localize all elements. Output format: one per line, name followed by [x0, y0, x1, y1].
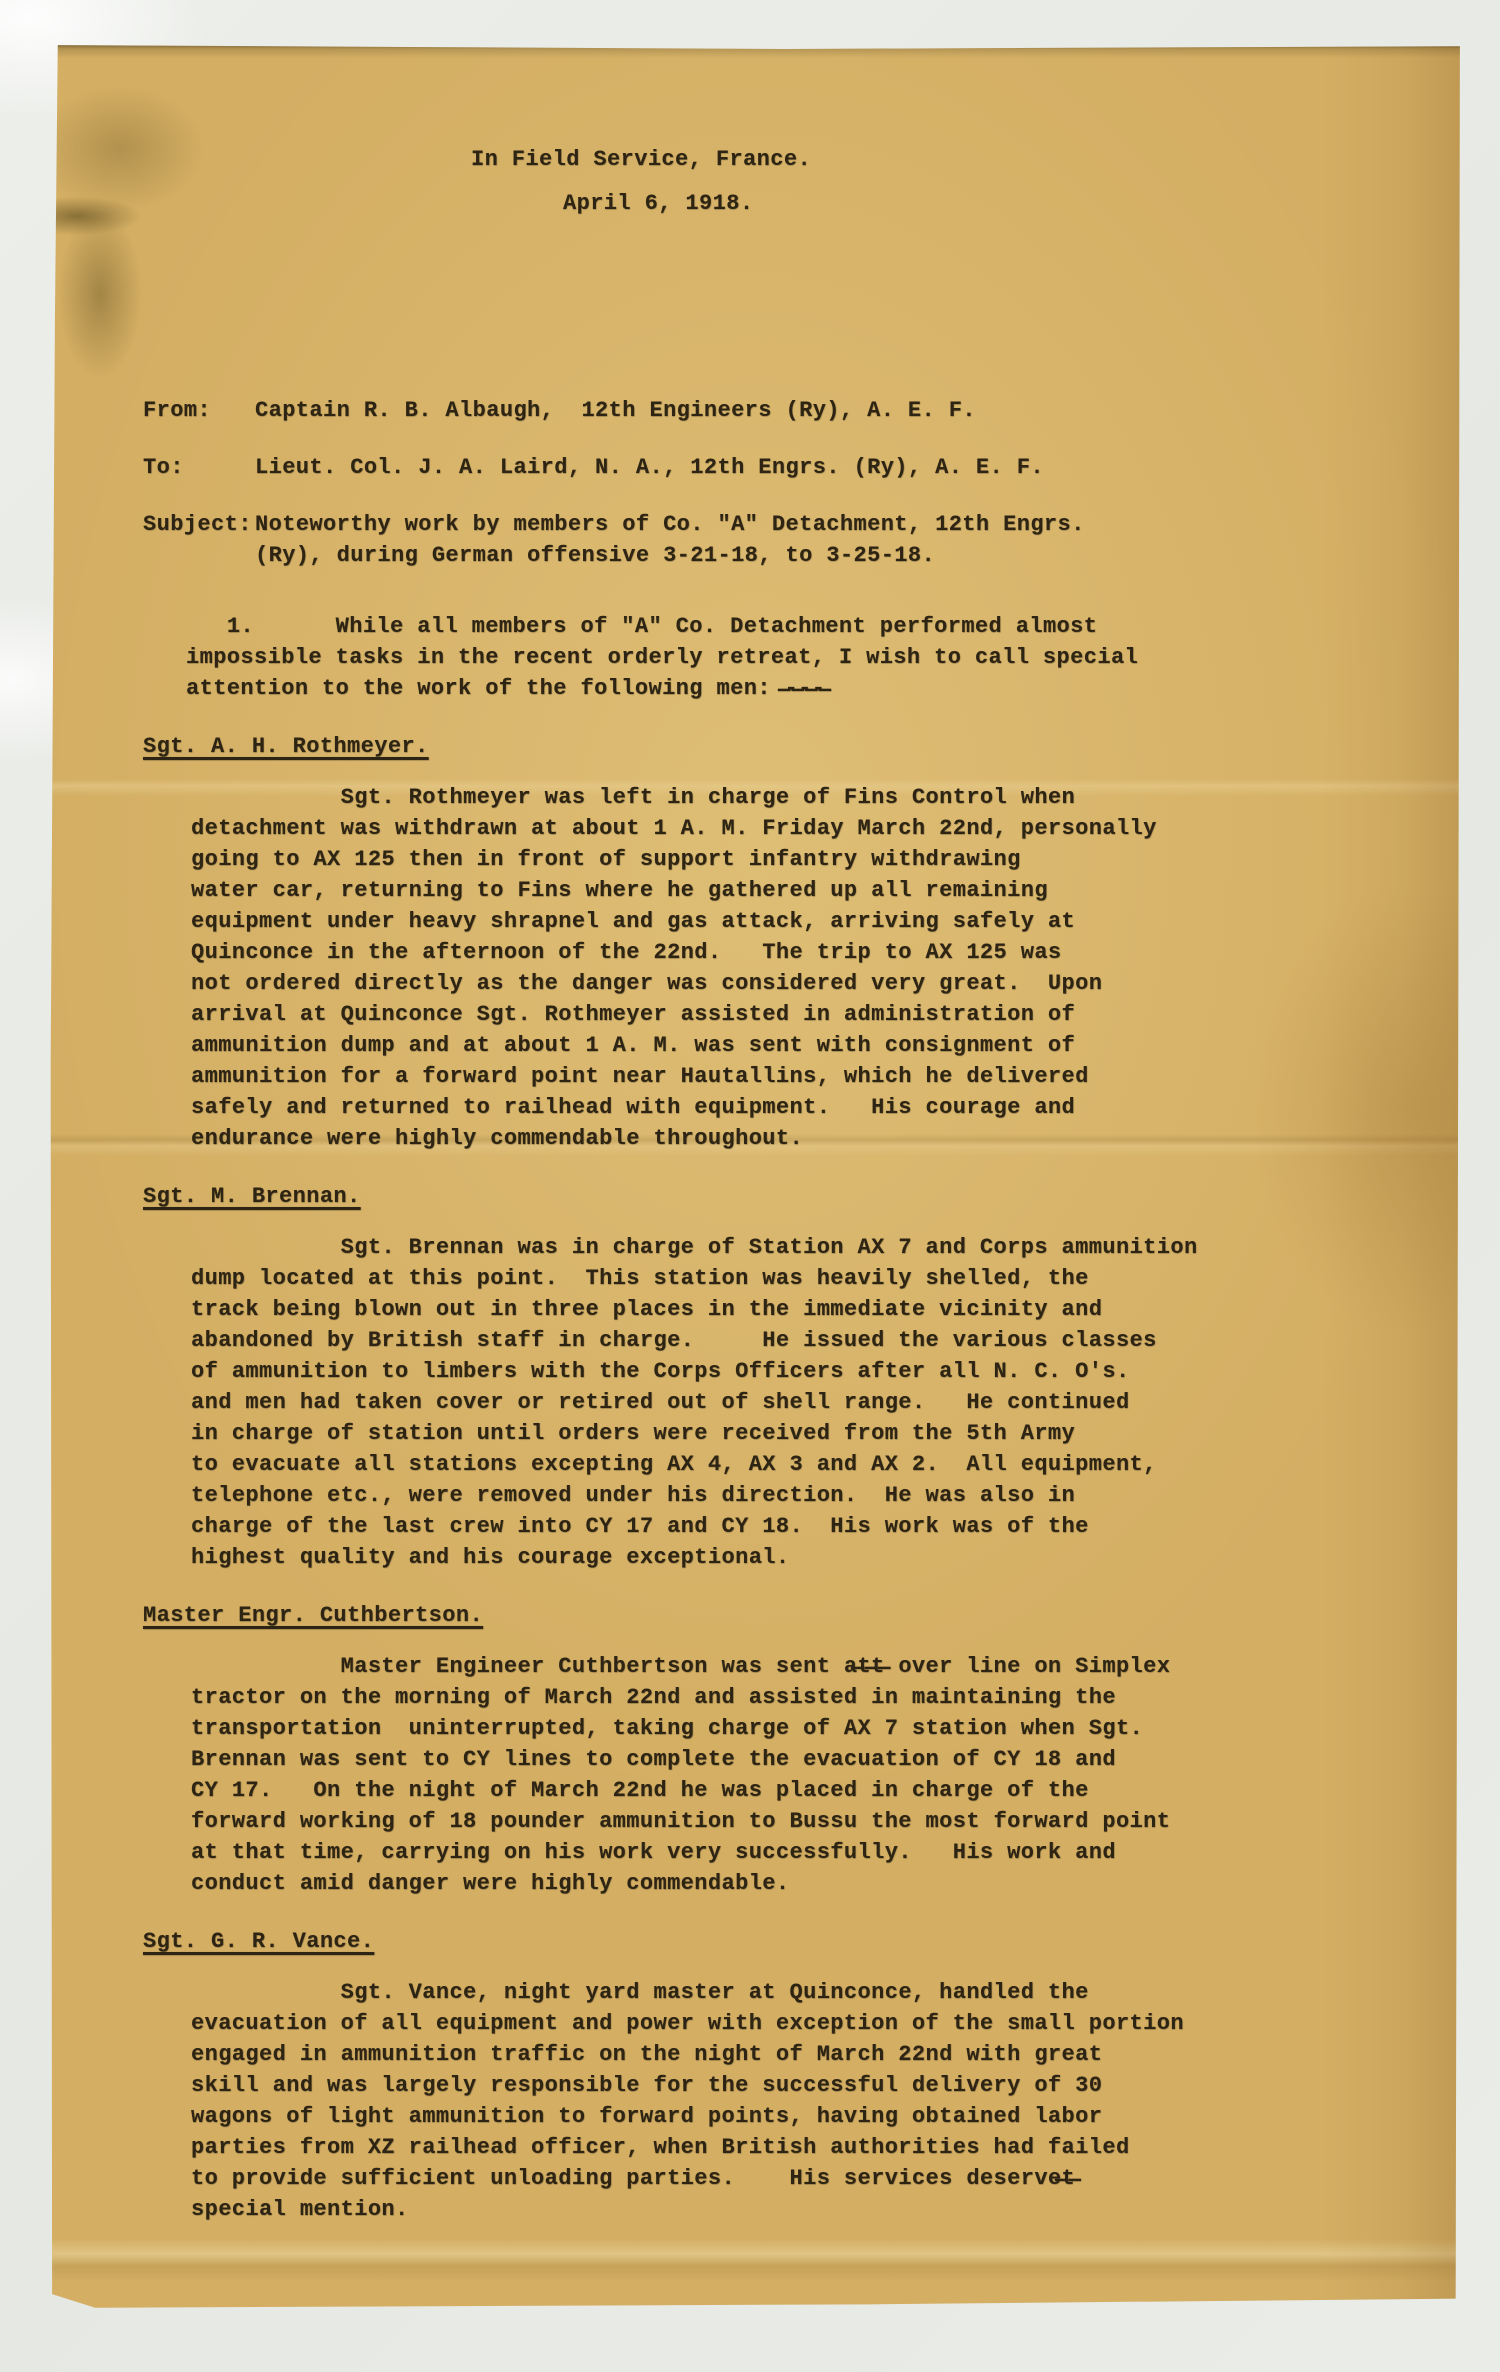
- letter-content: In Field Service, France. April 6, 1918.…: [143, 44, 1422, 2225]
- section-body-vance: Sgt. Vance, night yard master at Quincon…: [191, 1977, 1422, 2225]
- section-heading-cuthbertson: Master Engr. Cuthbertson.: [143, 1600, 483, 1631]
- text-line: detachment was withdrawn at about 1 A. M…: [191, 813, 1422, 844]
- subject-row: Subject: Noteworthy work by members of C…: [143, 509, 1422, 571]
- text-line: water car, returning to Fins where he ga…: [191, 875, 1422, 906]
- text-line: CY 17. On the night of March 22nd he was…: [191, 1775, 1422, 1806]
- text-line: to evacuate all stations excepting AX 4,…: [191, 1449, 1422, 1480]
- section-heading-vance: Sgt. G. R. Vance.: [143, 1926, 374, 1957]
- text-line: not ordered directly as the danger was c…: [191, 968, 1422, 999]
- section-body-brennan: Sgt. Brennan was in charge of Station AX…: [191, 1232, 1422, 1573]
- text-line: conduct amid danger were highly commenda…: [191, 1868, 1422, 1899]
- section-vance: Sgt. G. R. Vance. Sgt. Vance, night yard…: [143, 1926, 1422, 2225]
- subject-label: Subject:: [143, 509, 255, 571]
- section-rothmeyer: Sgt. A. H. Rothmeyer. Sgt. Rothmeyer was…: [143, 731, 1422, 1154]
- text-line: engaged in ammunition traffic on the nig…: [191, 2039, 1422, 2070]
- text-line: track being blown out in three places in…: [191, 1294, 1422, 1325]
- section-body-cuthbertson: Master Engineer Cuthbertson was sent a̶t…: [191, 1651, 1422, 1899]
- text-line: (Ry), during German offensive 3-21-18, t…: [255, 540, 1085, 571]
- text-line: transportation uninterrupted, taking cha…: [191, 1713, 1422, 1744]
- text-line: going to AX 125 then in front of support…: [191, 844, 1422, 875]
- text-line: and men had taken cover or retired out o…: [191, 1387, 1422, 1418]
- text-line: Master Engineer Cuthbertson was sent a̶t…: [191, 1651, 1422, 1682]
- section-body-rothmeyer: Sgt. Rothmeyer was left in charge of Fin…: [191, 782, 1422, 1154]
- text-line: safely and returned to railhead with equ…: [191, 1092, 1422, 1123]
- text-line: tractor on the morning of March 22nd and…: [191, 1682, 1422, 1713]
- from-row: From: Captain R. B. Albaugh, 12th Engine…: [143, 395, 1422, 426]
- text-line: Noteworthy work by members of Co. "A" De…: [255, 509, 1085, 540]
- text-line: ammunition for a forward point near Haut…: [191, 1061, 1422, 1092]
- text-line: charge of the last crew into CY 17 and C…: [191, 1511, 1422, 1542]
- text-line: impossible tasks in the recent orderly r…: [186, 642, 1422, 673]
- scanned-letter-page: In Field Service, France. April 6, 1918.…: [50, 44, 1462, 2310]
- text-line: parties from XZ railhead officer, when B…: [191, 2132, 1422, 2163]
- text-line: skill and was largely responsible for th…: [191, 2070, 1422, 2101]
- section-brennan: Sgt. M. Brennan. Sgt. Brennan was in cha…: [143, 1181, 1422, 1573]
- to-label: To:: [143, 452, 255, 483]
- text-line: forward working of 18 pounder ammunition…: [191, 1806, 1422, 1837]
- section-heading-brennan: Sgt. M. Brennan.: [143, 1181, 361, 1212]
- text-line: endurance were highly commendable throug…: [191, 1123, 1422, 1154]
- text-line: dump located at this point. This station…: [191, 1263, 1422, 1294]
- text-line: 1. While all members of "A" Co. Detachme…: [186, 611, 1422, 642]
- location-line: In Field Service, France.: [471, 144, 1422, 175]
- text-line: Quinconce in the afternoon of the 22nd. …: [191, 937, 1422, 968]
- text-line: ammunition dump and at about 1 A. M. was…: [191, 1030, 1422, 1061]
- text-line: Brennan was sent to CY lines to complete…: [191, 1744, 1422, 1775]
- text-line: Sgt. Rothmeyer was left in charge of Fin…: [191, 782, 1422, 813]
- text-line: abandoned by British staff in charge. He…: [191, 1325, 1422, 1356]
- text-line: of ammunition to limbers with the Corps …: [191, 1356, 1422, 1387]
- from-value: Captain R. B. Albaugh, 12th Engineers (R…: [255, 395, 976, 426]
- text-line: special mention.: [191, 2194, 1422, 2225]
- text-line: attention to the work of the following m…: [186, 673, 1422, 704]
- text-line: to provide sufficient unloading parties.…: [191, 2163, 1422, 2194]
- section-heading-rothmeyer: Sgt. A. H. Rothmeyer.: [143, 731, 429, 762]
- text-line: telephone etc., were removed under his d…: [191, 1480, 1422, 1511]
- subject-value: Noteworthy work by members of Co. "A" De…: [255, 509, 1085, 571]
- text-line: highest quality and his courage exceptio…: [191, 1542, 1422, 1573]
- text-line: Sgt. Vance, night yard master at Quincon…: [191, 1977, 1422, 2008]
- to-row: To: Lieut. Col. J. A. Laird, N. A., 12th…: [143, 452, 1422, 483]
- text-line: wagons of light ammunition to forward po…: [191, 2101, 1422, 2132]
- from-label: From:: [143, 395, 255, 426]
- text-line: at that time, carrying on his work very …: [191, 1837, 1422, 1868]
- section-cuthbertson: Master Engr. Cuthbertson. Master Enginee…: [143, 1600, 1422, 1899]
- opening-paragraph: 1. While all members of "A" Co. Detachme…: [186, 611, 1422, 704]
- date-line: April 6, 1918.: [563, 188, 1422, 219]
- text-line: evacuation of all equipment and power wi…: [191, 2008, 1422, 2039]
- text-line: arrival at Quinconce Sgt. Rothmeyer assi…: [191, 999, 1422, 1030]
- text-line: in charge of station until orders were r…: [191, 1418, 1422, 1449]
- text-line: equipment under heavy shrapnel and gas a…: [191, 906, 1422, 937]
- to-value: Lieut. Col. J. A. Laird, N. A., 12th Eng…: [255, 452, 1044, 483]
- letter-header: In Field Service, France. April 6, 1918.: [471, 144, 1422, 219]
- text-line: Sgt. Brennan was in charge of Station AX…: [191, 1232, 1422, 1263]
